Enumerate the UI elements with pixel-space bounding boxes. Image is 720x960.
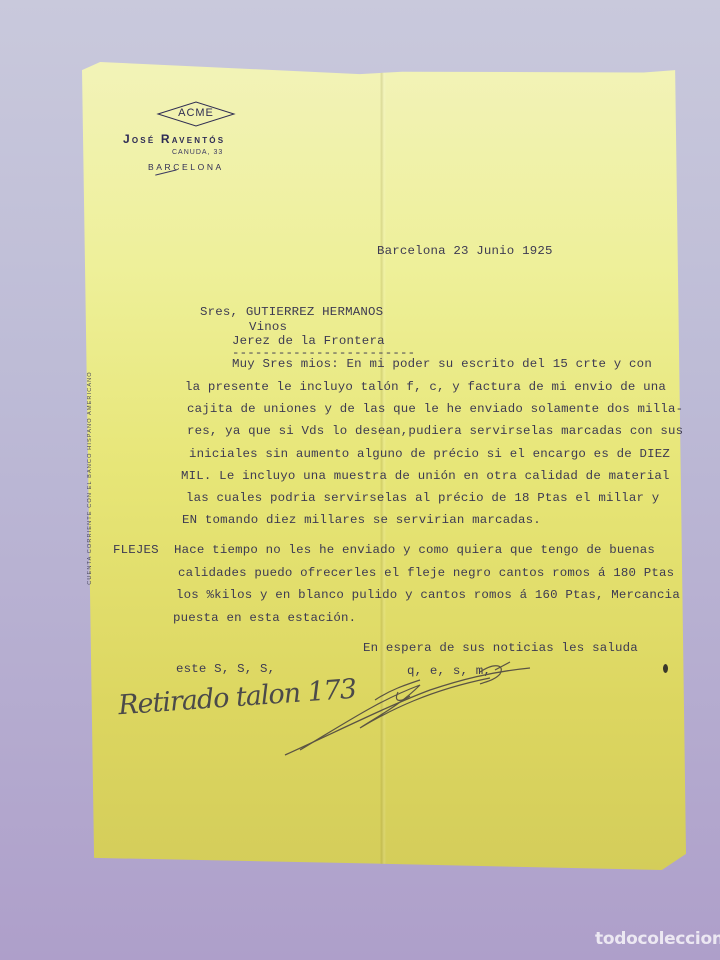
body-line: calidades puedo ofrecerles el fleje negr… xyxy=(178,566,674,580)
section-label-flejes: FLEJES xyxy=(113,543,159,557)
body-line: cajita de uniones y de las que le he env… xyxy=(187,402,683,416)
company-address: CANUDA, 33 xyxy=(172,149,223,156)
company-city: BARCELONA xyxy=(148,162,224,172)
body-line: la presente le incluyo talón f, c, y fac… xyxy=(185,380,666,394)
date-line: Barcelona 23 Junio 1925 xyxy=(377,244,553,258)
company-name: José Raventós xyxy=(123,132,225,146)
body-line: los %kilos y en blanco pulido y cantos r… xyxy=(176,588,680,602)
closing-line: En espera de sus noticias les saluda xyxy=(363,641,638,655)
signature-icon xyxy=(280,660,540,760)
body-line: las cuales podria servirselas al précio … xyxy=(186,491,659,505)
bank-account-note: CUENTA CORRIENTE CON EL BANCO HISPANO AM… xyxy=(87,268,93,688)
body-line: puesta en esta estación. xyxy=(173,611,356,625)
body-line: Hace tiempo no les he enviado y como qui… xyxy=(174,543,655,557)
acme-logo: ACME xyxy=(156,101,236,127)
body-line: res, ya que si Vds lo desean,pudiera ser… xyxy=(187,424,683,438)
recipient-trade: Vinos xyxy=(249,320,287,334)
watermark: todocoleccion xyxy=(595,929,720,949)
logo-text: ACME xyxy=(156,107,236,119)
body-line: iniciales sin aumento alguno de précio s… xyxy=(189,447,670,461)
body-line: EN tomando diez millares se servirian ma… xyxy=(182,513,541,527)
body-line: MIL. Le incluyo una muestra de unión en … xyxy=(181,469,670,483)
ink-spot xyxy=(663,664,668,673)
body-line: Muy Sres mios: En mi poder su escrito de… xyxy=(232,357,652,371)
closing-line: este S, S, S, xyxy=(176,662,275,676)
recipient-name: Sres, GUTIERREZ HERMANOS xyxy=(200,305,383,319)
